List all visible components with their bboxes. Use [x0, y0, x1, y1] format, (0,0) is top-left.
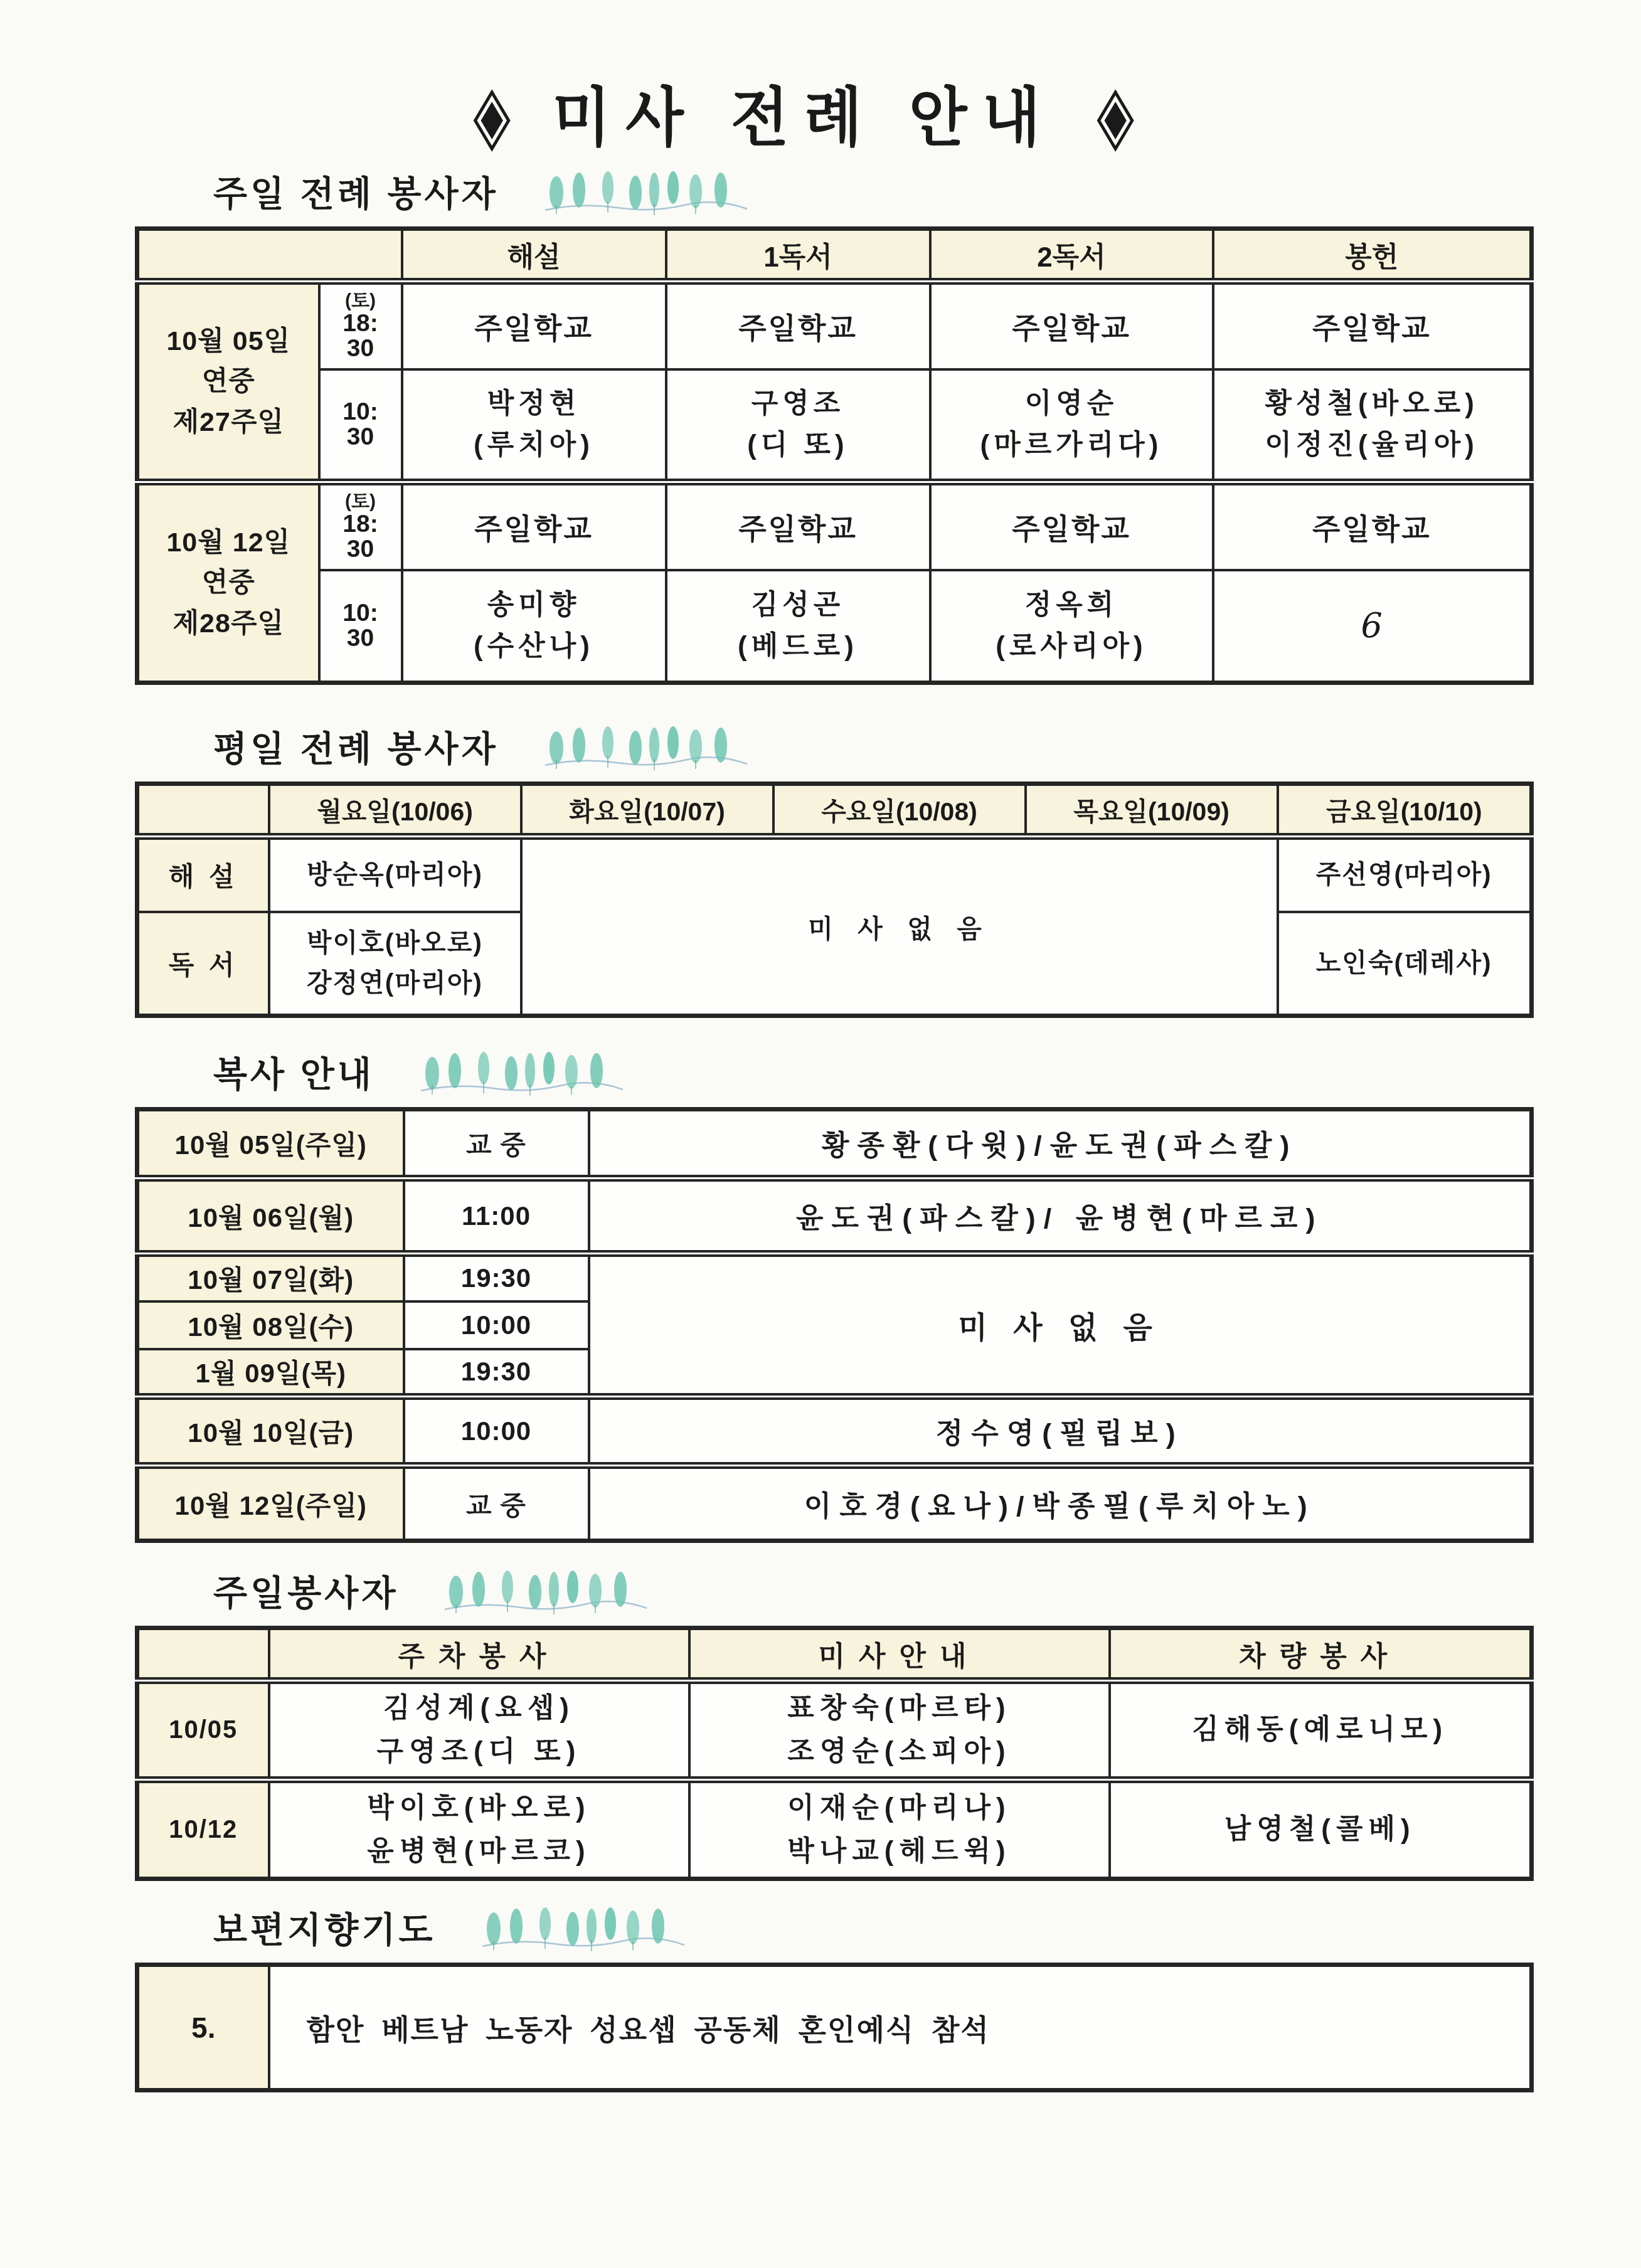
date-cell: 1월 09일(목): [137, 1349, 404, 1397]
teal-trees-stamp-icon: [543, 724, 750, 776]
cell-line: 표창숙(마르타): [691, 1687, 1108, 1730]
second-reading-cell: 주일학교: [930, 482, 1213, 570]
first-reading-cell: 주일학교: [666, 282, 930, 369]
parking-cell: 박이호(바오로) 윤병현(마르코): [269, 1780, 689, 1879]
date-cell: 10월 05일 연중 제27주일: [137, 282, 319, 482]
cell-line: 연중: [139, 361, 318, 402]
cell-line: 김성곤: [667, 585, 929, 626]
first-reading-cell: 주일학교: [666, 482, 930, 570]
cell-line: 박나교(헤드윅): [691, 1830, 1108, 1873]
col-header-tuesday: 화요일(10/07): [521, 784, 773, 837]
table-row: 10/05 김성계(요셉) 구영조(디 또) 표창숙(마르타) 조영순(소피아)…: [137, 1681, 1532, 1780]
cell-line: 김성계(요셉): [270, 1687, 688, 1730]
first-reading-cell: 구영조 (디 또): [666, 369, 930, 482]
cell-line: 18:: [321, 512, 401, 537]
cell-line: 10:: [321, 400, 401, 425]
second-reading-cell: 이영순 (마르가리다): [930, 369, 1213, 482]
cell-line: 10월 05일: [139, 321, 318, 362]
cell-line: 30: [321, 425, 401, 450]
section-altar-server-header: 복사 안내: [213, 1056, 1529, 1097]
date-cell: 10/05: [137, 1681, 269, 1780]
cell-line: 30: [321, 537, 401, 562]
time-cell: 10: 30: [319, 570, 402, 683]
cell-line: (수산나): [403, 626, 665, 667]
friday-cell: 노인숙(데레사): [1278, 912, 1532, 1016]
cell-line: 김해동(예로니모): [1111, 1709, 1530, 1751]
table-row: 10월 05일 연중 제27주일 (토) 18: 30 주일학교 주일학교 주일…: [137, 282, 1532, 369]
section-heading: 주일봉사자: [213, 1566, 398, 1616]
vehicle-cell: 김해동(예로니모): [1110, 1681, 1532, 1780]
cell-line: (토): [321, 292, 401, 311]
teal-trees-stamp-icon: [418, 1049, 625, 1102]
cell-line: 10월 12일: [139, 522, 318, 563]
teal-trees-stamp-icon: [480, 1905, 687, 1958]
col-header-second-reading: 2독서: [930, 229, 1213, 282]
table-header-row: 해설 1독서 2독서 봉헌: [137, 229, 1532, 282]
second-reading-cell: 정옥희 (로사리아): [930, 570, 1213, 683]
commentary-cell: 주일학교: [402, 482, 666, 570]
cell-line: 윤병현(마르코): [270, 1830, 688, 1873]
cell-line: 연중: [139, 563, 318, 603]
server-names-cell: 황종환(다윗)/윤도권(파스칼): [589, 1110, 1532, 1179]
table-row: 10월 06일(월) 11:00 윤도권(파스칼)/ 윤병현(마르코): [137, 1179, 1532, 1254]
table-row: 5. 함안 베트남 노동자 성요셉 공동체 혼인예식 참석: [137, 1965, 1532, 2090]
altar-server-table: 10월 05일(주일) 교 중 황종환(다윗)/윤도권(파스칼) 10월 06일…: [135, 1107, 1534, 1543]
cell-line: (마르가리다): [932, 425, 1212, 466]
cell-line: 구영조(디 또): [270, 1730, 688, 1773]
server-names-cell: 윤도권(파스칼)/ 윤병현(마르코): [589, 1179, 1532, 1254]
server-names-cell: 정수영(필립보): [589, 1397, 1532, 1466]
cell-line: 남영철(콜베): [1111, 1808, 1530, 1851]
weekday-liturgy-table: 월요일(10/06) 화요일(10/07) 수요일(10/08) 목요일(10/…: [135, 782, 1534, 1018]
col-header-friday: 금요일(10/10): [1278, 784, 1532, 837]
prayer-text-cell: 함안 베트남 노동자 성요셉 공동체 혼인예식 참석: [269, 1965, 1532, 2090]
cell-line: (토): [321, 492, 401, 512]
monday-cell: 박이호(바오로) 강정연(마리아): [269, 912, 521, 1016]
sunday-liturgy-table: 해설 1독서 2독서 봉헌 10월 05일 연중 제27주일 (토) 18: 3…: [135, 226, 1534, 685]
second-reading-cell: 주일학교: [930, 282, 1213, 369]
time-cell: 19:30: [404, 1349, 589, 1397]
mass-guide-cell: 표창숙(마르타) 조영순(소피아): [689, 1681, 1110, 1780]
corner-cell: [137, 784, 269, 837]
sunday-volunteers-table: 주차봉사 미사안내 차량봉사 10/05 김성계(요셉) 구영조(디 또) 표창…: [135, 1626, 1534, 1881]
commentary-cell: 주일학교: [402, 282, 666, 369]
monday-cell: 방순옥(마리아): [269, 837, 521, 912]
table-row: 10: 30 송미향 (수산나) 김성곤 (베드로) 정옥희 (로사리아) 6: [137, 570, 1532, 683]
cell-line: 구영조: [667, 383, 929, 425]
section-heading: 평일 전례 봉사자: [213, 721, 499, 771]
cell-line: 박정현: [403, 383, 665, 425]
date-cell: 10월 10일(금): [137, 1397, 404, 1466]
col-header-parking: 주차봉사: [269, 1628, 689, 1681]
cell-line: 이영순: [932, 383, 1212, 425]
no-mass-cell: 미 사 없 음: [521, 837, 1278, 1016]
col-header-offertory: 봉헌: [1213, 229, 1532, 282]
col-header-thursday: 목요일(10/09): [1026, 784, 1278, 837]
table-header-row: 월요일(10/06) 화요일(10/07) 수요일(10/08) 목요일(10/…: [137, 784, 1532, 837]
col-header-first-reading: 1독서: [666, 229, 930, 282]
row-label-commentary: 해 설: [137, 837, 269, 912]
cell-line: 송미향: [403, 585, 665, 626]
server-names-cell: 이호경(요나)/박종필(루치아노): [589, 1466, 1532, 1541]
cell-line: 10:: [321, 601, 401, 626]
date-cell: 10/12: [137, 1780, 269, 1879]
commentary-cell: 박정현 (루치아): [402, 369, 666, 482]
cell-line: (루치아): [403, 425, 665, 466]
cell-line: 30: [321, 626, 401, 651]
cell-line: (디 또): [667, 425, 929, 466]
diamond-icon: ◈: [1097, 72, 1134, 154]
cell-line: 주선영(마리아): [1279, 855, 1530, 895]
cell-line: 18:: [321, 311, 401, 336]
col-header-wednesday: 수요일(10/08): [773, 784, 1026, 837]
corner-cell: [137, 1628, 269, 1681]
diamond-icon: ◈: [474, 72, 511, 154]
cell-line: 황성철(바오로): [1214, 383, 1530, 425]
teal-trees-stamp-icon: [442, 1568, 649, 1621]
table-row: 10월 07일(화) 19:30 미 사 없 음: [137, 1254, 1532, 1301]
universal-prayer-table: 5. 함안 베트남 노동자 성요셉 공동체 혼인예식 참석: [135, 1963, 1534, 2092]
time-cell: 교 중: [404, 1110, 589, 1179]
friday-cell: 주선영(마리아): [1278, 837, 1532, 912]
offertory-cell-handwritten: 6: [1213, 570, 1532, 683]
date-cell: 10월 12일 연중 제28주일: [137, 482, 319, 683]
time-cell: 10:00: [404, 1397, 589, 1466]
prayer-number-cell: 5.: [137, 1965, 269, 2090]
cell-line: 이재순(마리나): [691, 1787, 1108, 1830]
vehicle-cell: 남영철(콜베): [1110, 1780, 1532, 1879]
time-cell: (토) 18: 30: [319, 482, 402, 570]
date-cell: 10월 05일(주일): [137, 1110, 404, 1179]
table-row: 10월 05일(주일) 교 중 황종환(다윗)/윤도권(파스칼): [137, 1110, 1532, 1179]
teal-trees-stamp-icon: [543, 169, 750, 221]
time-cell: 10:00: [404, 1301, 589, 1349]
document-page: ◈ 미사 전례 안내 ◈ 주일 전례 봉사자: [135, 0, 1529, 2092]
cell-line: 박이호(바오로): [270, 923, 520, 963]
time-cell: (토) 18: 30: [319, 282, 402, 369]
mass-guide-cell: 이재순(마리나) 박나교(헤드윅): [689, 1780, 1110, 1879]
page-title: ◈ 미사 전례 안내 ◈: [78, 70, 1529, 156]
section-sunday-volunteers-header: 주일봉사자: [213, 1574, 1529, 1616]
col-header-vehicle: 차량봉사: [1110, 1628, 1532, 1681]
table-row: 10월 12일(주일) 교 중 이호경(요나)/박종필(루치아노): [137, 1466, 1532, 1541]
offertory-cell: 황성철(바오로) 이정진(율리아): [1213, 369, 1532, 482]
cell-line: 이정진(율리아): [1214, 425, 1530, 466]
section-sunday-liturgy-header: 주일 전례 봉사자: [213, 175, 1529, 216]
table-row: 10월 10일(금) 10:00 정수영(필립보): [137, 1397, 1532, 1466]
page-title-text: 미사 전례 안내: [553, 68, 1056, 159]
cell-line: 방순옥(마리아): [270, 855, 520, 895]
section-heading: 주일 전례 봉사자: [213, 166, 499, 216]
first-reading-cell: 김성곤 (베드로): [666, 570, 930, 683]
offertory-cell: 주일학교: [1213, 482, 1532, 570]
date-cell: 10월 12일(주일): [137, 1466, 404, 1541]
cell-line: 박이호(바오로): [270, 1787, 688, 1830]
cell-line: 30: [321, 336, 401, 361]
cell-line: 제27주일: [139, 402, 318, 443]
section-heading: 복사 안내: [213, 1047, 374, 1097]
section-weekday-liturgy-header: 평일 전례 봉사자: [213, 730, 1529, 771]
date-cell: 10월 07일(화): [137, 1254, 404, 1301]
commentary-cell: 송미향 (수산나): [402, 570, 666, 683]
table-row: 10/12 박이호(바오로) 윤병현(마르코) 이재순(마리나) 박나교(헤드윅…: [137, 1780, 1532, 1879]
section-universal-prayer-header: 보편지향기도: [213, 1911, 1529, 1953]
offertory-cell: 주일학교: [1213, 282, 1532, 369]
section-heading: 보편지향기도: [213, 1902, 436, 1953]
table-header-row: 주차봉사 미사안내 차량봉사: [137, 1628, 1532, 1681]
cell-line: 정옥희: [932, 585, 1212, 626]
table-row: 해 설 방순옥(마리아) 미 사 없 음 주선영(마리아): [137, 837, 1532, 912]
cell-line: (로사리아): [932, 626, 1212, 667]
cell-line: (베드로): [667, 626, 929, 667]
cell-line: 제28주일: [139, 603, 318, 644]
no-mass-cell: 미 사 없 음: [589, 1254, 1532, 1397]
cell-line: 강정연(마리아): [270, 963, 520, 1004]
time-cell: 교 중: [404, 1466, 589, 1541]
date-cell: 10월 08일(수): [137, 1301, 404, 1349]
cell-line: 조영순(소피아): [691, 1730, 1108, 1773]
table-row: 10: 30 박정현 (루치아) 구영조 (디 또) 이영순 (마르가리다) 황…: [137, 369, 1532, 482]
time-cell: 11:00: [404, 1179, 589, 1254]
col-header-mass-guide: 미사안내: [689, 1628, 1110, 1681]
corner-cell: [137, 229, 402, 282]
parking-cell: 김성계(요셉) 구영조(디 또): [269, 1681, 689, 1780]
date-cell: 10월 06일(월): [137, 1179, 404, 1254]
row-label-reading: 독 서: [137, 912, 269, 1016]
cell-line: 노인숙(데레사): [1279, 943, 1530, 983]
col-header-monday: 월요일(10/06): [269, 784, 521, 837]
time-cell: 10: 30: [319, 369, 402, 482]
table-row: 10월 12일 연중 제28주일 (토) 18: 30 주일학교 주일학교 주일…: [137, 482, 1532, 570]
time-cell: 19:30: [404, 1254, 589, 1301]
col-header-commentary: 해설: [402, 229, 666, 282]
